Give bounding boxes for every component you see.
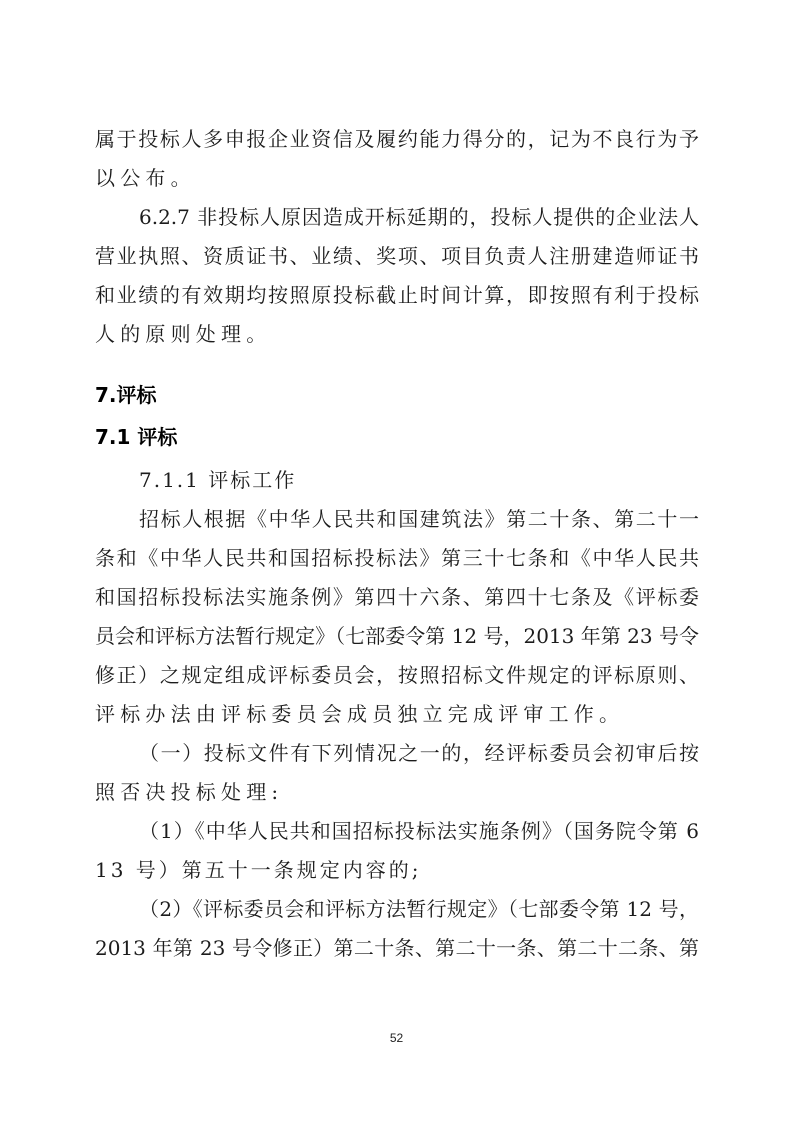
paragraph-line: 修正）之规定组成评标委员会，按照招标文件规定的评标原则、 bbox=[95, 656, 699, 695]
paragraph-line: 照否决投标处理: bbox=[95, 773, 283, 812]
document-page: 属于投标人多申报企业资信及履约能力得分的，记为不良行为予 以公布。 6.2.7 … bbox=[0, 0, 793, 1122]
subsection-title: 7.1.1 评标工作 bbox=[139, 461, 296, 500]
paragraph-line: 属于投标人多申报企业资信及履约能力得分的，记为不良行为予 bbox=[95, 120, 699, 159]
list-item-line: 2013 年第 23 号令修正）第二十条、第二十一条、第二十二条、第 bbox=[95, 929, 699, 968]
section-heading-7-1: 7.1 评标 bbox=[95, 422, 177, 452]
list-item-line: （1）《中华人民共和国招标投标法实施条例》（国务院令第 6 bbox=[139, 812, 699, 851]
paragraph-line: （一）投标文件有下列情况之一的，经评标委员会初审后按 bbox=[139, 734, 699, 773]
paragraph-line: 评标办法由评标委员会成员独立完成评审工作。 bbox=[95, 695, 624, 734]
paragraph-line: 招标人根据《中华人民共和国建筑法》第二十条、第二十一 bbox=[139, 500, 699, 539]
paragraph-line: 人的原则处理。 bbox=[95, 315, 271, 354]
paragraph-line: 营业执照、资质证书、业绩、奖项、项目负责人注册建造师证书 bbox=[95, 237, 699, 276]
paragraph-line: 和国招标投标法实施条例》第四十六条、第四十七条及《评标委 bbox=[95, 578, 699, 617]
paragraph-line: 以公布。 bbox=[95, 159, 196, 198]
list-item-line: （2）《评标委员会和评标方法暂行规定》（七部委令第 12 号， bbox=[139, 890, 699, 929]
list-item-line: 13 号）第五十一条规定内容的; bbox=[95, 851, 422, 890]
page-number: 52 bbox=[0, 1031, 793, 1045]
paragraph-line: 员会和评标方法暂行规定》（七部委令第 12 号，2013 年第 23 号令 bbox=[95, 617, 699, 656]
paragraph-line: 条和《中华人民共和国招标投标法》第三十七条和《中华人民共 bbox=[95, 539, 699, 578]
paragraph-line: 和业绩的有效期均按照原投标截止时间计算，即按照有利于投标 bbox=[95, 276, 699, 315]
paragraph-line: 6.2.7 非投标人原因造成开标延期的，投标人提供的企业法人 bbox=[139, 198, 699, 237]
section-heading-7: 7.评标 bbox=[95, 380, 157, 410]
